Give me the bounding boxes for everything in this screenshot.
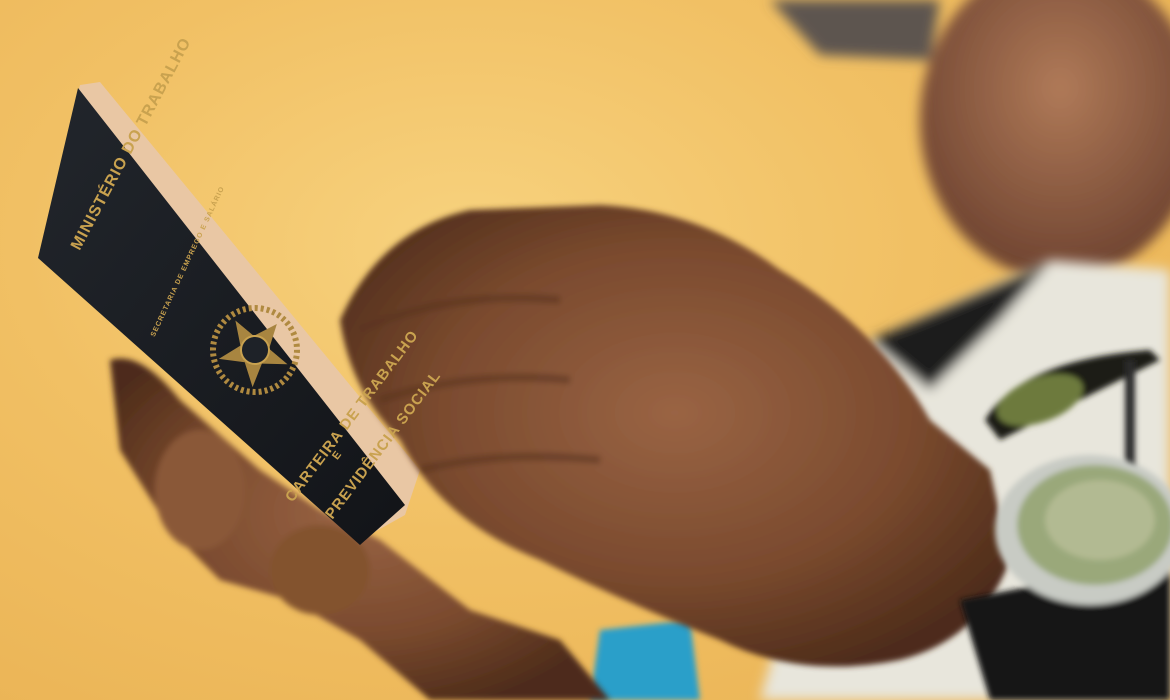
photo-scene: MINISTÉRIO DO TRABALHO SECRETARIA DE EMP… xyxy=(0,0,1170,700)
blurred-face xyxy=(770,0,1170,280)
blue-sleeve xyxy=(590,620,700,700)
photo-illustration xyxy=(0,0,1170,700)
